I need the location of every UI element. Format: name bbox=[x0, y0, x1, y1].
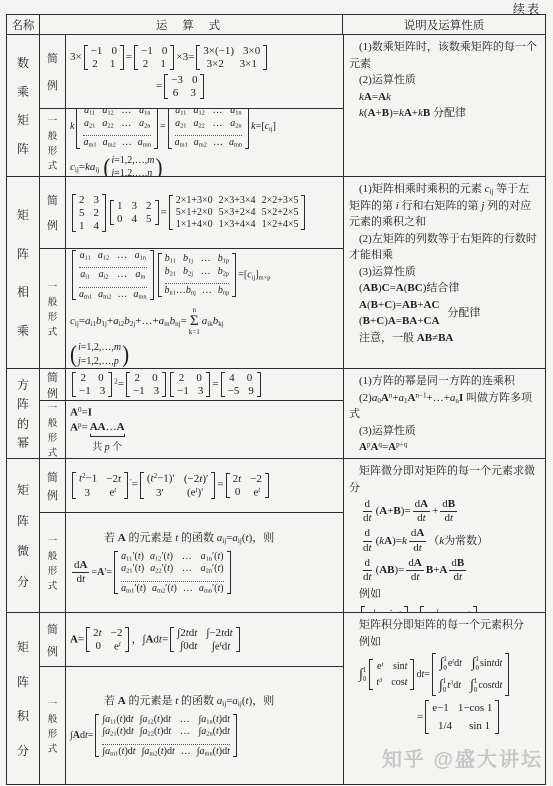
scalar-multiply-simple-formula: 3×−1021=−1021×3=3×(−1)3×03×23×1=−3063 bbox=[66, 35, 343, 108]
matrix-integral-simple-formula: A=2t−20et，∫Adt=∫2tdt∫−2tdt∫0dt∫etdt bbox=[66, 613, 343, 666]
simple-example-label: 简例 bbox=[40, 369, 66, 400]
general-form-label: 一般形式 bbox=[40, 513, 66, 612]
table-row-matrix-derivative: 矩阵微分 简例 t2−1−2t3et′=(t2−1)′(−2t)′3′(et)′… bbox=[7, 459, 545, 613]
watermark-text: 知乎 @盛大讲坛 bbox=[382, 743, 543, 772]
scanned-textbook-page: 续表 名称 运 算 式 说明及运算性质 数乘矩阵 简例 3×−1021=−102… bbox=[0, 0, 553, 786]
matrix-multiply-general-formula: a11a12…a1nai1ai2…ainam1am2…amnb11b1j…b1p… bbox=[66, 249, 343, 368]
header-notes-column: 说明及运算性质 bbox=[343, 15, 545, 34]
simple-example-label: 简例 bbox=[40, 613, 66, 666]
scalar-multiply-notes: (1)数乘矩阵时，该数乘矩阵的每一个元素(2)运算性质kA=Akk(A+B)=k… bbox=[343, 35, 545, 176]
general-form-label: 一般形式 bbox=[40, 109, 66, 176]
matrix-power-simple-formula: 20−132=20−1320−13=40−59 bbox=[66, 369, 343, 400]
table-row-scalar-multiply: 数乘矩阵 简例 3×−1021=−1021×3=3×(−1)3×03×23×1=… bbox=[7, 35, 545, 177]
matrix-power-general-formula: A0=IAp=AA…A共 p 个 bbox=[66, 401, 343, 458]
table-header-row: 名称 运 算 式 说明及运算性质 bbox=[7, 15, 545, 35]
row-name-matrix-multiply: 矩阵相乘 bbox=[7, 177, 40, 368]
matrix-multiply-notes: (1)矩阵相乘时乘积的元素 cij 等于左矩阵的第 i 行和右矩阵的第 j 列的… bbox=[343, 177, 545, 368]
row-name-matrix-integral: 矩阵积分 bbox=[7, 613, 40, 784]
header-formula-column: 运 算 式 bbox=[40, 15, 343, 34]
general-form-label: 一般形式 bbox=[40, 249, 66, 368]
matrix-operations-table: 名称 运 算 式 说明及运算性质 数乘矩阵 简例 3×−1021=−1021×3… bbox=[6, 14, 546, 785]
matrix-derivative-notes: 矩阵微分即对矩阵的每一个元素求微分ddt(A+B)=dAdt+dBdtddt(k… bbox=[343, 459, 545, 612]
row-name-scalar-multiply: 数乘矩阵 bbox=[7, 35, 40, 176]
row-name-matrix-derivative: 矩阵微分 bbox=[7, 459, 40, 612]
simple-example-label: 简例 bbox=[40, 35, 66, 108]
scalar-multiply-general-formula: ka11a12…a1na21a22…a2nam1am2…amn=a11a12…a… bbox=[66, 109, 343, 176]
matrix-integral-general-formula: 若 A 的元素是 t 的函数 aij=aij(t)，则∫Adt=∫a11(t)d… bbox=[66, 667, 343, 784]
matrix-power-notes: (1)方阵的幂是同一方阵的连乘积(2)a0An+a1An−1+…+anI 叫做方… bbox=[343, 369, 545, 458]
general-form-label: 一般形式 bbox=[40, 667, 66, 784]
table-row-matrix-multiply: 矩阵相乘 简例 235214132045=2×1+3×02×3+3×42×2+3… bbox=[7, 177, 545, 369]
row-name-matrix-power: 方阵的幂 bbox=[7, 369, 40, 458]
general-form-label: 一般形式 bbox=[40, 401, 66, 458]
matrix-derivative-general-formula: 若 A 的元素是 t 的函数 aij=aij(t)，则dAdt=A′=a11′(… bbox=[66, 513, 343, 612]
table-row-matrix-power: 方阵的幂 简例 20−132=20−1320−13=40−59 一般形式 A0=… bbox=[7, 369, 545, 459]
simple-example-label: 简例 bbox=[40, 177, 66, 248]
simple-example-label: 简例 bbox=[40, 459, 66, 512]
matrix-derivative-simple-formula: t2−1−2t3et′=(t2−1)′(−2t)′3′(et)′=2t−20et bbox=[66, 459, 343, 512]
matrix-multiply-simple-formula: 235214132045=2×1+3×02×3+3×42×2+3×55×1+2×… bbox=[66, 177, 343, 248]
header-name-column: 名称 bbox=[7, 15, 40, 34]
